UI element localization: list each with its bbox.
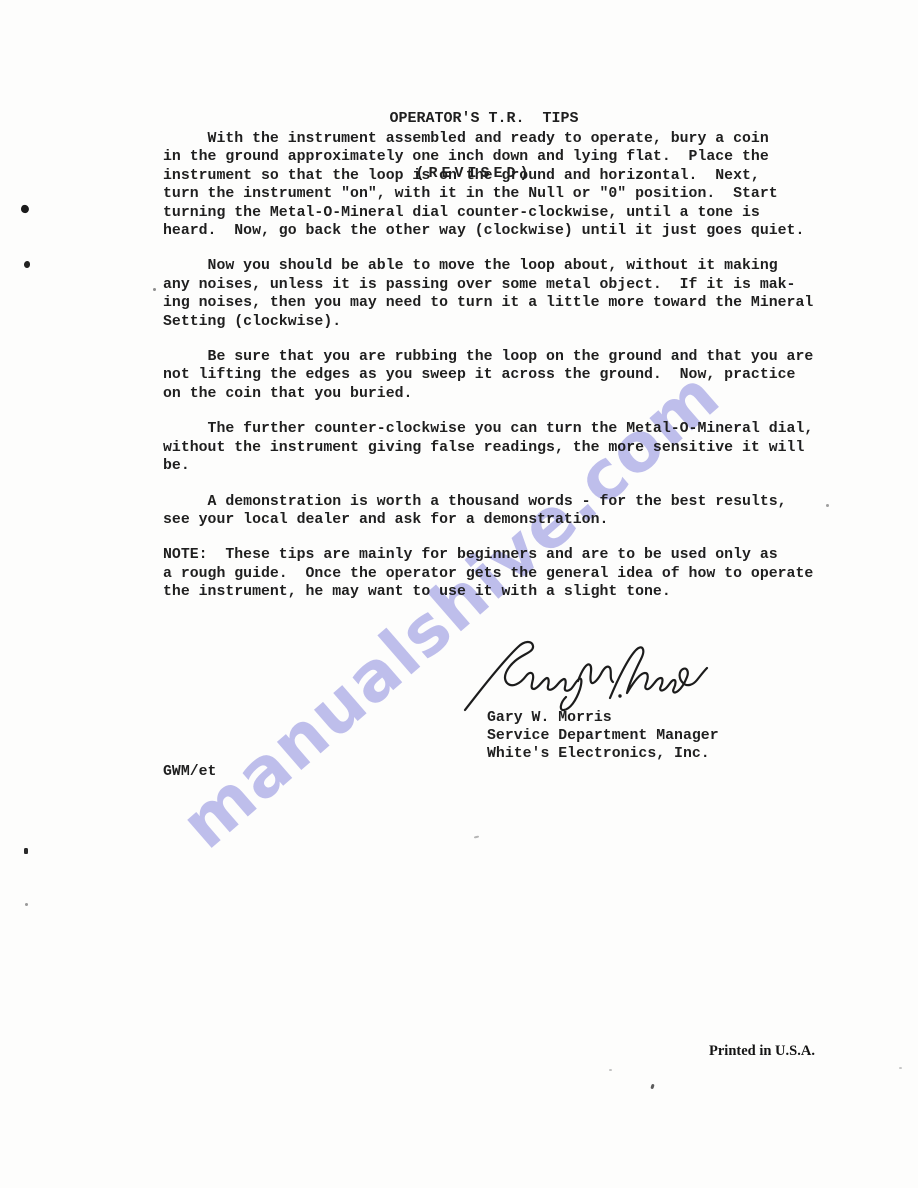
paragraph-2: Now you should be able to move the loop … [163, 257, 843, 331]
document-content: OPERATOR'S T.R. TIPS (REVISED) With the … [0, 0, 918, 1188]
title-line-1: OPERATOR'S T.R. TIPS [163, 110, 805, 128]
ink-speck [650, 1084, 654, 1090]
paragraph-4: The further counter-clockwise you can tu… [163, 420, 843, 475]
ink-speck [24, 261, 30, 268]
paragraph-1: With the instrument assembled and ready … [163, 130, 843, 240]
ink-speck [25, 903, 28, 906]
ink-speck [474, 836, 479, 839]
note-paragraph: NOTE: These tips are mainly for beginner… [163, 546, 843, 601]
scanned-document-page: manualshive.com OPERATOR'S T.R. TIPS (RE… [0, 0, 918, 1188]
signature-stroke-morris [610, 647, 707, 698]
paragraph-5: A demonstration is worth a thousand word… [163, 493, 843, 530]
signature-typed-block: Gary W. Morris Service Department Manage… [487, 709, 719, 764]
ink-speck [20, 204, 30, 214]
typist-initials: GWM/et [163, 763, 216, 781]
signature-period [618, 694, 621, 697]
paragraph-3: Be sure that you are rubbing the loop on… [163, 348, 843, 403]
ink-speck [24, 848, 28, 854]
handwritten-signature [452, 634, 742, 718]
letter-body: With the instrument assembled and ready … [163, 130, 843, 619]
printed-in-usa-note: Printed in U.S.A. [709, 1043, 815, 1059]
ink-speck [899, 1067, 902, 1069]
ink-speck [153, 288, 156, 291]
ink-speck [826, 504, 829, 507]
signature-stroke-gary [465, 642, 581, 710]
signature-stroke-w [578, 664, 613, 683]
ink-speck [609, 1069, 612, 1071]
